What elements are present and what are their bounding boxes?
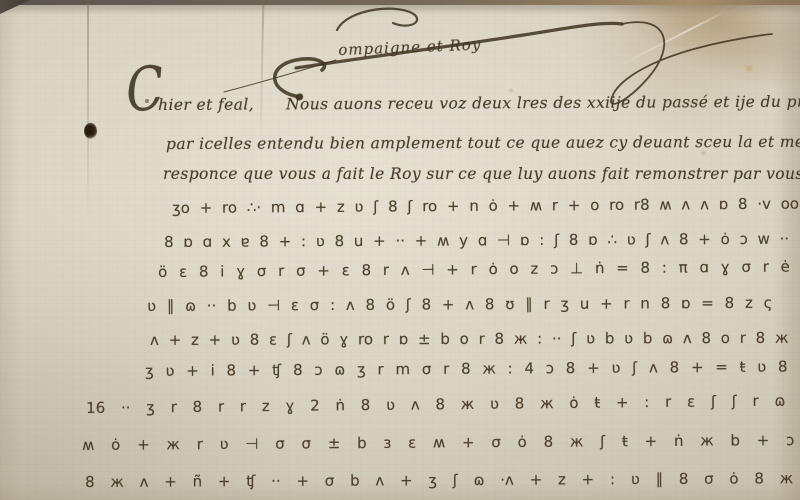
right-edge-shade [774, 0, 800, 500]
cipher-line-9: 8 ж ʌ + ñ + ʧ ·· + σ b ʌ + ʒ ʃ ɷ ·ʌ + z … [85, 469, 800, 491]
foxing-spot [508, 88, 514, 93]
cipher-line-3: ö ɛ 8 i ɣ σ r σ + ɛ 8 r ʌ ⊣ + r ȯ o z ɔ … [158, 257, 800, 281]
letter-line-3: responce que vous a fait le Roy sur ce q… [163, 165, 800, 183]
left-edge-shade [0, 0, 20, 500]
flourish-hairline [224, 60, 336, 92]
cipher-line-6: ʒ ʋ + i 8 + ʧ 8 ɔ ɷ ʒ r m σ r 8 ж : 4 ɔ … [145, 357, 800, 380]
foxing-spot-large [744, 64, 754, 73]
cipher-line-1: ʒo + ro ∴· m ɑ + z ʋ ʃ 8 ʃ ro + n ȯ + ʍ … [172, 194, 800, 217]
cipher-line-8: ʍ ȯ + ж r ʋ ⊣ σ σ ± b ɜ ɛ ʍ + σ ȯ 8 ж ʃ … [82, 430, 800, 454]
ink-blot [82, 122, 99, 141]
letter-line-2: par icelles entendu bien amplement tout … [166, 133, 800, 153]
cipher-line-2: 8 ɒ ɑ x ɐ 8 + : ʋ 8 u + ·· + ʍ y ɑ ⊣ ɒ :… [164, 230, 789, 251]
header-script-text: ompaigne et Roy [338, 36, 482, 59]
flourish-hook [275, 59, 325, 97]
cipher-line-5: ʌ + z + ʋ 8 ɛ ʃ ʌ ö ɣ ro r ɒ ± b o r 8 ж… [150, 329, 788, 349]
cipher-line-7: 16 ·· ʒ r 8 r r z ɣ 2 ṅ 8 ʋ ʌ 8 ж ʋ 8 ж … [86, 392, 785, 417]
top-edge-fade [0, 5, 800, 15]
vertical-crease-left [87, 0, 89, 215]
vertical-crease-center [260, 0, 265, 140]
header-flourish [0, 0, 800, 500]
letter-line-1: hier et feal, Nous auons receu voz deux … [158, 92, 800, 114]
cipher-line-4: ʋ ∥ ɷ ·· b ʋ ⊣ ɛ σ : ʌ 8 ö ʃ 8 + ʌ 8 ʊ ∥… [147, 294, 772, 315]
manuscript-photo: ompaigne et Roy C hier et feal, Nous auo… [0, 0, 800, 500]
